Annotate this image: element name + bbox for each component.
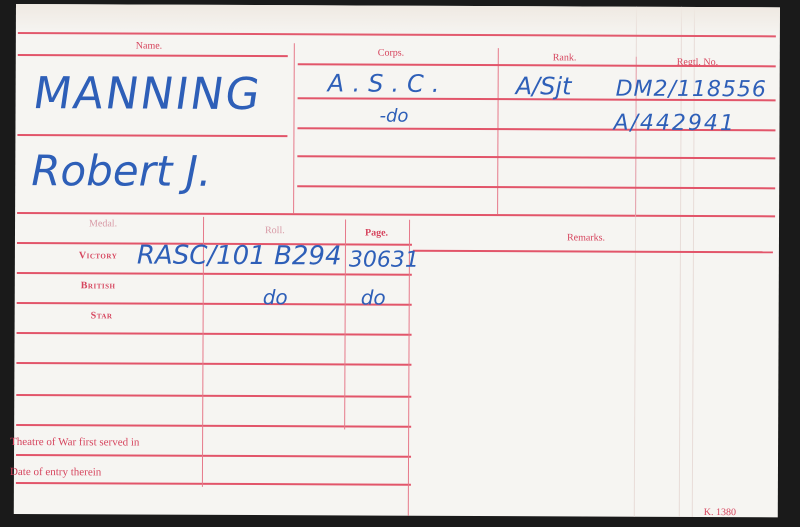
column-divider xyxy=(293,43,295,213)
british-roll: do xyxy=(263,285,288,309)
medal-label-star: Star xyxy=(91,310,113,321)
regtl-no-entry-1: DM2/118556 xyxy=(616,77,767,103)
date-of-entry-label: Date of entry therein xyxy=(10,466,101,478)
page-header: Page. xyxy=(365,228,388,239)
rule xyxy=(16,454,411,457)
rank-entry-1: A/Sjt xyxy=(516,72,572,100)
rule xyxy=(16,362,411,365)
corps-header: Corps. xyxy=(378,48,404,59)
rule xyxy=(297,155,775,159)
roll-header: Roll. xyxy=(265,225,285,236)
rule xyxy=(16,424,411,427)
rule xyxy=(17,272,412,275)
medal-label-british: British xyxy=(81,280,116,291)
medal-label-victory: Victory xyxy=(79,250,117,261)
name-header: Name. xyxy=(136,41,162,52)
corps-entry-2: -do xyxy=(379,106,408,127)
rule xyxy=(16,482,411,485)
medal-index-card: Name. Corps. Rank. Regtl. No. MANNING Ro… xyxy=(14,4,780,517)
medal-header: Medal. xyxy=(89,218,117,229)
forenames: Robert J. xyxy=(31,146,211,196)
rule xyxy=(17,134,287,137)
surname: MANNING xyxy=(30,68,265,120)
rule xyxy=(17,332,412,335)
rule xyxy=(16,394,411,397)
rule xyxy=(17,212,775,217)
remarks-header: Remarks. xyxy=(567,232,605,243)
theatre-of-war-label: Theatre of War first served in xyxy=(10,436,139,449)
victory-roll: RASC/101 B294 xyxy=(137,241,342,272)
form-number: K. 1380 xyxy=(704,507,736,518)
column-divider xyxy=(344,219,346,429)
top-rule xyxy=(18,32,776,37)
column-divider xyxy=(497,48,499,214)
regtl-no-entry-2: A/442941 xyxy=(613,111,736,137)
victory-page: 30631 xyxy=(349,247,419,272)
rule xyxy=(18,54,288,57)
rule xyxy=(413,250,773,253)
rule xyxy=(17,302,412,305)
british-page: do xyxy=(361,286,386,310)
rule xyxy=(297,185,775,189)
rank-header: Rank. xyxy=(553,52,577,63)
corps-entry-1: A.S.C. xyxy=(328,69,448,98)
